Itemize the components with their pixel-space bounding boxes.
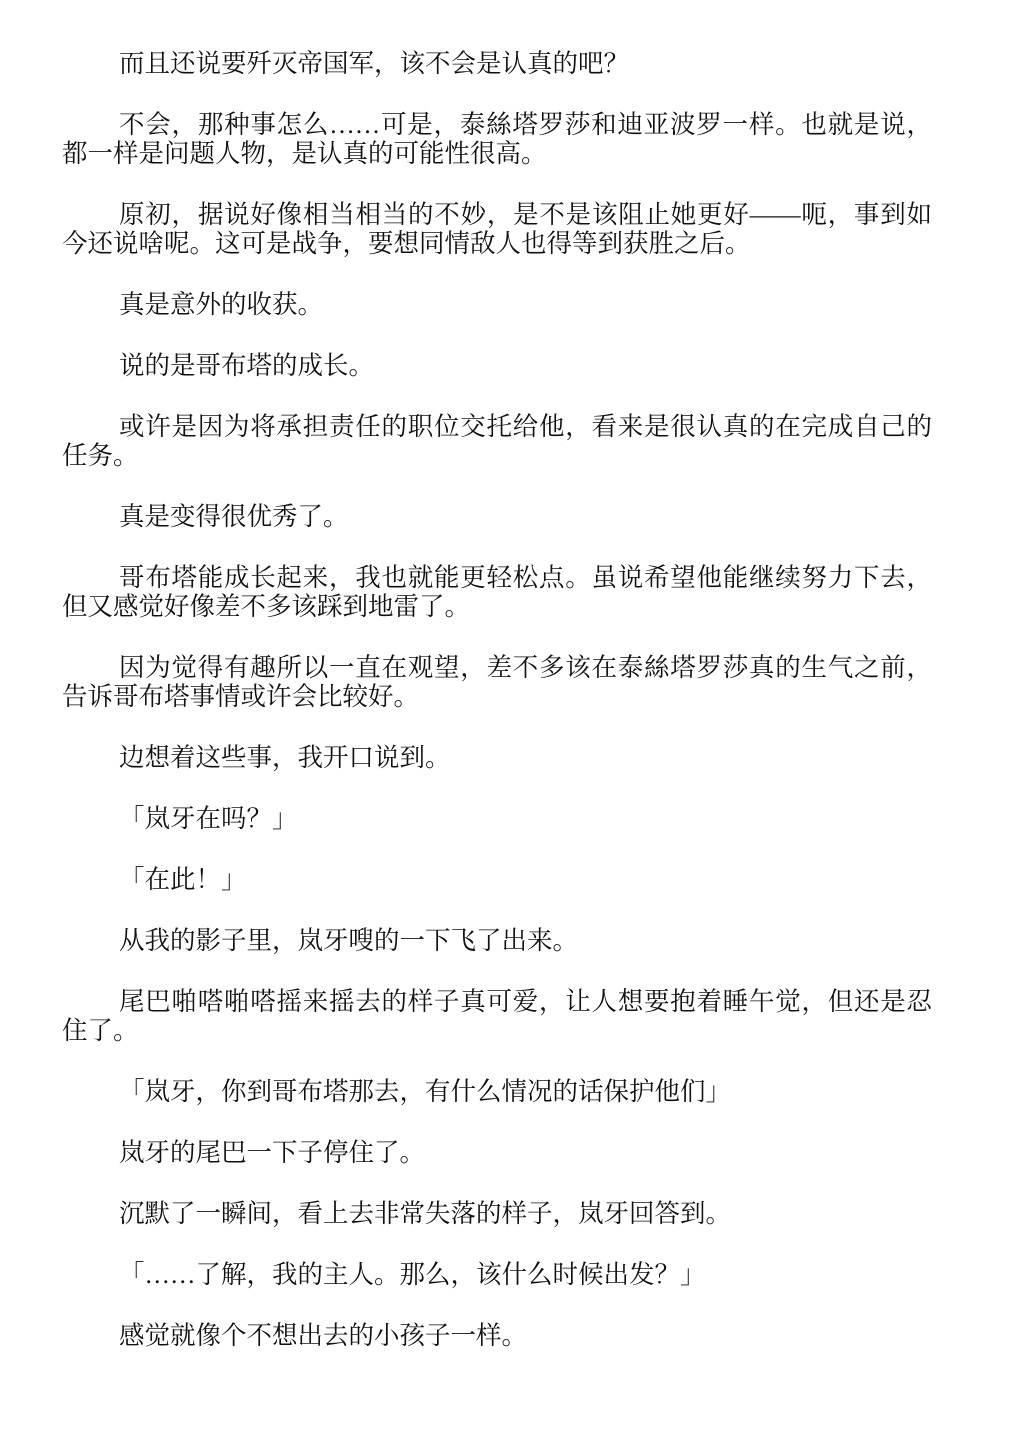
paragraph-dialogue: 「岚牙在吗？」 <box>62 804 932 833</box>
paragraph-dialogue: 「……了解，我的主人。那么，该什么时候出发？」 <box>62 1260 932 1289</box>
paragraph: 说的是哥布塔的成长。 <box>62 351 932 380</box>
document-page: 而且还说要歼灭帝国军，该不会是认真的吧？ 不会，那种事怎么……可是，泰絲塔罗莎和… <box>0 0 1017 1437</box>
paragraph: 或许是因为将承担责任的职位交托给他，看来是很认真的在完成自己的任务。 <box>62 412 932 470</box>
paragraph: 沉默了一瞬间，看上去非常失落的样子，岚牙回答到。 <box>62 1199 932 1228</box>
paragraph-dialogue: 「在此！」 <box>62 865 932 894</box>
paragraph: 而且还说要歼灭帝国军，该不会是认真的吧？ <box>62 49 932 78</box>
paragraph: 哥布塔能成长起来，我也就能更轻松点。虽说希望他能继续努力下去，但又感觉好像差不多… <box>62 563 932 621</box>
paragraph: 不会，那种事怎么……可是，泰絲塔罗莎和迪亚波罗一样。也就是说，都一样是问题人物，… <box>62 110 932 168</box>
paragraph: 原初，据说好像相当相当的不妙，是不是该阻止她更好——呃，事到如今还说啥呢。这可是… <box>62 200 932 258</box>
paragraph: 因为觉得有趣所以一直在观望，差不多该在泰絲塔罗莎真的生气之前，告诉哥布塔事情或许… <box>62 653 932 711</box>
paragraph: 感觉就像个不想出去的小孩子一样。 <box>62 1321 932 1350</box>
paragraph: 尾巴啪嗒啪嗒摇来摇去的样子真可爱，让人想要抱着睡午觉，但还是忍住了。 <box>62 987 932 1045</box>
paragraph-dialogue: 「岚牙，你到哥布塔那去，有什么情况的话保护他们」 <box>62 1077 932 1106</box>
paragraph: 真是意外的收获。 <box>62 290 932 319</box>
paragraph: 从我的影子里，岚牙嗖的一下飞了出来。 <box>62 926 932 955</box>
paragraph: 岚牙的尾巴一下子停住了。 <box>62 1138 932 1167</box>
paragraph: 边想着这些事，我开口说到。 <box>62 743 932 772</box>
paragraph: 真是变得很优秀了。 <box>62 502 932 531</box>
